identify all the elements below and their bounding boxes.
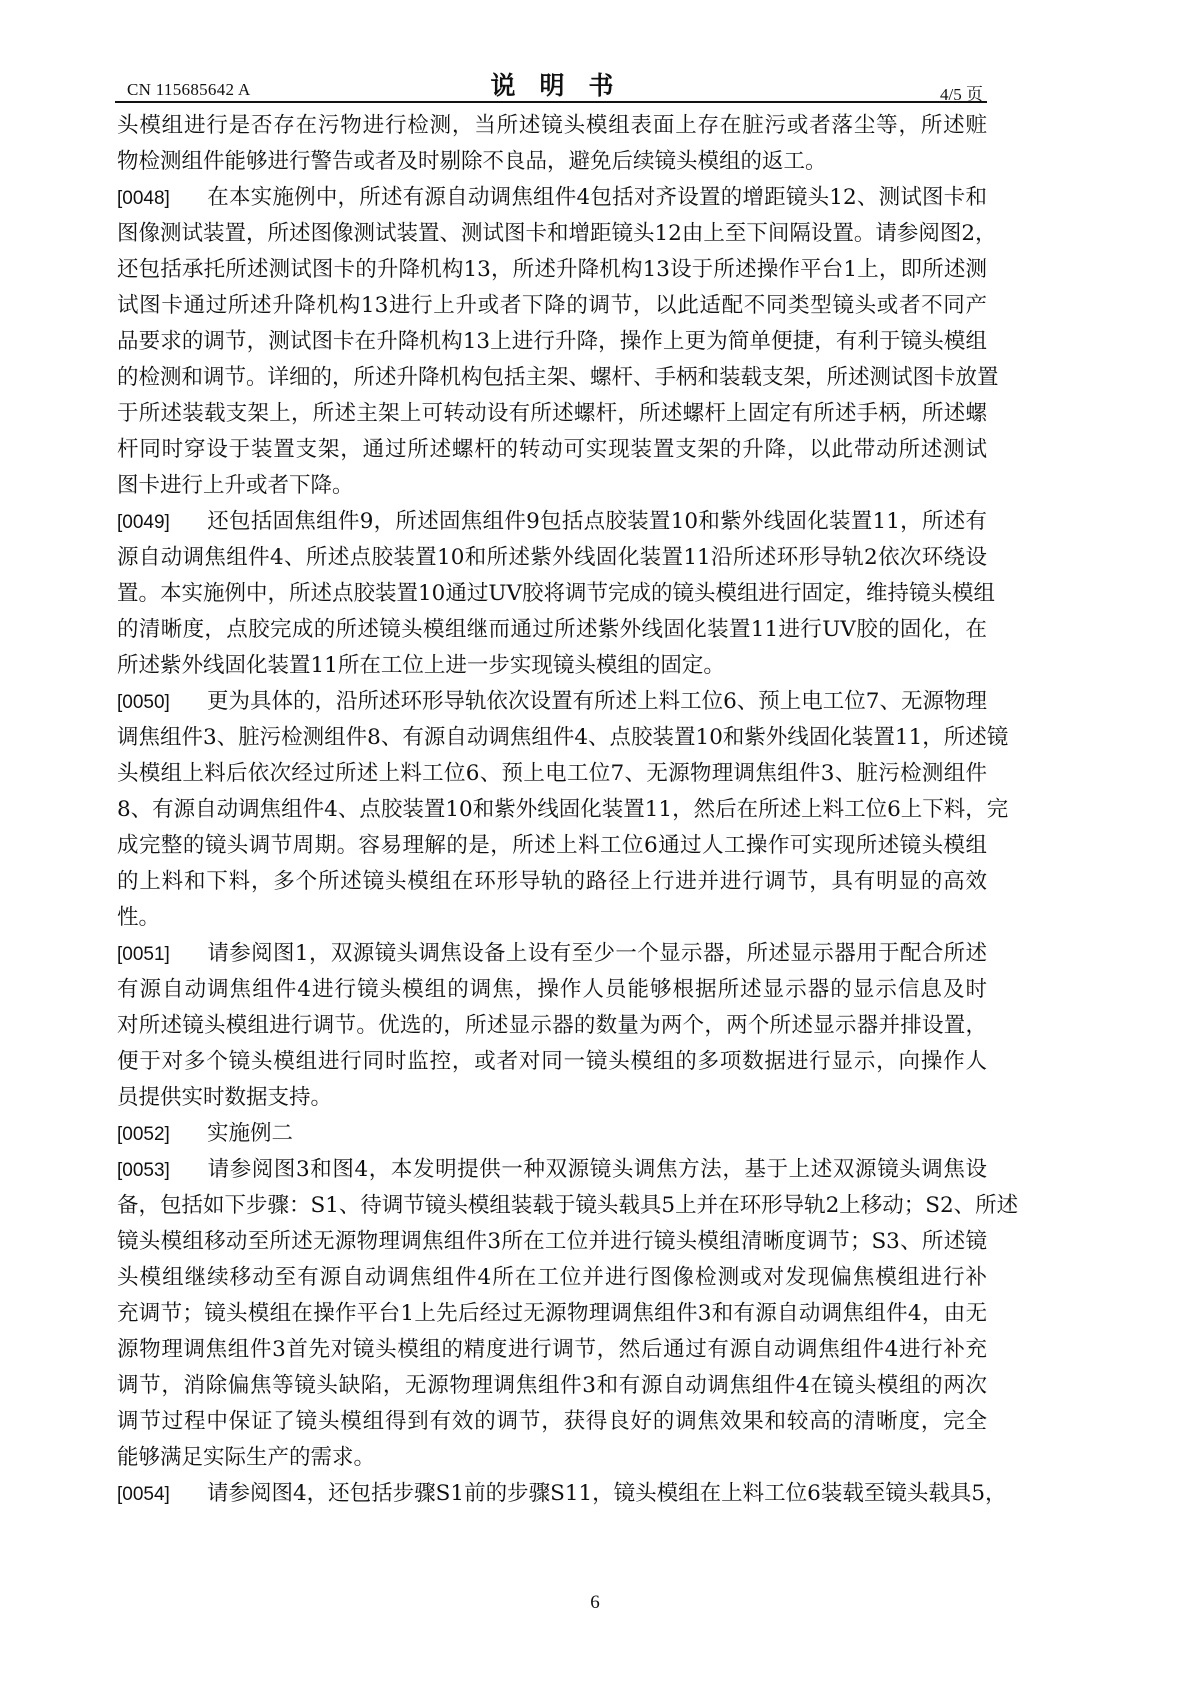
line-text: 请参阅图1，双源镜头调焦设备上设有至少一个显示器，所述显示器用于配合所述 <box>207 941 987 966</box>
line-text: 备，包括如下步骤：S1、待调节镜头模组装载于镜头载具5上并在环形导轨2上移动；S… <box>117 1193 1018 1218</box>
text-line: [0053]请参阅图3和图4，本发明提供一种双源镜头调焦方法，基于上述双源镜头调… <box>117 1152 987 1188</box>
line-text: 还包括固焦组件9，所述固焦组件9包括点胶装置10和紫外线固化装置11，所述有 <box>207 509 987 534</box>
line-text: 有源自动调焦组件4进行镜头模组的调焦，操作人员能够根据所述显示器的显示信息及时 <box>117 977 987 1002</box>
text-line: 的清晰度，点胶完成的所述镜头模组继而通过所述紫外线固化装置11进行UV胶的固化，… <box>117 612 987 648</box>
text-line: 充调节；镜头模组在操作平台1上先后经过无源物理调焦组件3和有源自动调焦组件4，由… <box>117 1296 987 1332</box>
line-text: 试图卡通过所述升降机构13进行上升或者下降的调节，以此适配不同类型镜头或者不同产 <box>117 293 987 318</box>
line-text: 的清晰度，点胶完成的所述镜头模组继而通过所述紫外线固化装置11进行UV胶的固化，… <box>117 617 987 642</box>
text-line: 性。 <box>117 900 987 936</box>
line-text: 便于对多个镜头模组进行同时监控，或者对同一镜头模组的多项数据进行显示，向操作人 <box>117 1049 987 1074</box>
line-text: 调节过程中保证了镜头模组得到有效的调节，获得良好的调焦效果和较高的清晰度，完全 <box>117 1409 987 1434</box>
line-text: 物检测组件能够进行警告或者及时剔除不良品，避免后续镜头模组的返工。 <box>117 149 827 174</box>
text-line: 8、有源自动调焦组件4、点胶装置10和紫外线固化装置11，然后在所述上料工位6上… <box>117 792 987 828</box>
text-line: 头模组继续移动至有源自动调焦组件4所在工位并进行图像检测或对发现偏焦模组进行补 <box>117 1260 987 1296</box>
line-text: 于所述装载支架上，所述主架上可转动设有所述螺杆，所述螺杆上固定有所述手柄，所述螺 <box>117 401 987 426</box>
text-line: 调节，消除偏焦等镜头缺陷，无源物理调焦组件3和有源自动调焦组件4在镜头模组的两次 <box>117 1368 987 1404</box>
page-number: 6 <box>0 1592 1190 1614</box>
paragraph: [0050]更为具体的，沿所述环形导轨依次设置有所述上料工位6、预上电工位7、无… <box>117 684 987 936</box>
line-text: 还包括承托所述测试图卡的升降机构13，所述升降机构13设于所述操作平台1上，即所… <box>117 257 987 282</box>
text-line: [0049]还包括固焦组件9，所述固焦组件9包括点胶装置10和紫外线固化装置11… <box>117 504 987 540</box>
line-text: 头模组上料后依次经过所述上料工位6、预上电工位7、无源物理调焦组件3、脏污检测组… <box>117 761 987 786</box>
line-text: 品要求的调节，测试图卡在升降机构13上进行升降，操作上更为简单便捷，有利于镜头模… <box>117 329 987 354</box>
text-line: [0050]更为具体的，沿所述环形导轨依次设置有所述上料工位6、预上电工位7、无… <box>117 684 987 720</box>
line-text: 在本实施例中，所述有源自动调焦组件4包括对齐设置的增距镜头12、测试图卡和 <box>207 185 987 210</box>
line-text: 请参阅图3和图4，本发明提供一种双源镜头调焦方法，基于上述双源镜头调焦设 <box>207 1157 987 1182</box>
paragraph-number: [0049] <box>117 505 207 541</box>
text-line: [0051]请参阅图1，双源镜头调焦设备上设有至少一个显示器，所述显示器用于配合… <box>117 936 987 972</box>
text-line: 头模组上料后依次经过所述上料工位6、预上电工位7、无源物理调焦组件3、脏污检测组… <box>117 756 987 792</box>
text-line: 对所述镜头模组进行调节。优选的，所述显示器的数量为两个，两个所述显示器并排设置， <box>117 1008 987 1044</box>
paragraph-number: [0050] <box>117 685 207 721</box>
line-text: 调节，消除偏焦等镜头缺陷，无源物理调焦组件3和有源自动调焦组件4在镜头模组的两次 <box>117 1373 987 1398</box>
line-text: 头模组进行是否存在污物进行检测，当所述镜头模组表面上存在脏污或者落尘等，所述赃 <box>117 113 987 138</box>
paragraph-number: [0053] <box>117 1153 207 1189</box>
text-line: 物检测组件能够进行警告或者及时剔除不良品，避免后续镜头模组的返工。 <box>117 144 987 180</box>
text-line: 所述紫外线固化装置11所在工位上进一步实现镜头模组的固定。 <box>117 648 987 684</box>
paragraph: [0052]实施例二 <box>117 1116 987 1152</box>
line-text: 杆同时穿设于装置支架，通过所述螺杆的转动可实现装置支架的升降，以此带动所述测试 <box>117 437 987 462</box>
line-text: 源自动调焦组件4、所述点胶装置10和所述紫外线固化装置11沿所述环形导轨2依次环… <box>117 545 987 570</box>
text-line: 员提供实时数据支持。 <box>117 1080 987 1116</box>
header-rule <box>115 101 987 103</box>
line-text: 8、有源自动调焦组件4、点胶装置10和紫外线固化装置11，然后在所述上料工位6上… <box>117 797 1008 822</box>
text-line: 图卡进行上升或者下降。 <box>117 468 987 504</box>
text-line: [0048]在本实施例中，所述有源自动调焦组件4包括对齐设置的增距镜头12、测试… <box>117 180 987 216</box>
text-line: 能够满足实际生产的需求。 <box>117 1440 987 1476</box>
line-text: 更为具体的，沿所述环形导轨依次设置有所述上料工位6、预上电工位7、无源物理 <box>207 689 987 714</box>
line-text: 图卡进行上升或者下降。 <box>117 473 354 498</box>
line-text: 源物理调焦组件3首先对镜头模组的精度进行调节，然后通过有源自动调焦组件4进行补充 <box>117 1337 987 1362</box>
line-text: 实施例二 <box>207 1121 293 1146</box>
text-line: 还包括承托所述测试图卡的升降机构13，所述升降机构13设于所述操作平台1上，即所… <box>117 252 987 288</box>
text-line: 图像测试装置，所述图像测试装置、测试图卡和增距镜头12由上至下间隔设置。请参阅图… <box>117 216 987 252</box>
paragraph-number: [0048] <box>117 181 207 217</box>
text-line: 调节过程中保证了镜头模组得到有效的调节，获得良好的调焦效果和较高的清晰度，完全 <box>117 1404 987 1440</box>
text-line: 备，包括如下步骤：S1、待调节镜头模组装载于镜头载具5上并在环形导轨2上移动；S… <box>117 1188 987 1224</box>
line-text: 调焦组件3、脏污检测组件8、有源自动调焦组件4、点胶装置10和紫外线固化装置11… <box>117 725 1008 750</box>
paragraph-number: [0054] <box>117 1477 207 1513</box>
text-line: 的检测和调节。详细的，所述升降机构包括主架、螺杆、手柄和装载支架，所述测试图卡放… <box>117 360 987 396</box>
line-text: 成完整的镜头调节周期。容易理解的是，所述上料工位6通过人工操作可实现所述镜头模组 <box>117 833 987 858</box>
text-line: 镜头模组移动至所述无源物理调焦组件3所在工位并进行镜头模组清晰度调节；S3、所述… <box>117 1224 987 1260</box>
text-line: 头模组进行是否存在污物进行检测，当所述镜头模组表面上存在脏污或者落尘等，所述赃 <box>117 108 987 144</box>
page-header: CN 115685642 A 说明书 4/5 页 <box>117 62 987 102</box>
line-text: 头模组继续移动至有源自动调焦组件4所在工位并进行图像检测或对发现偏焦模组进行补 <box>117 1265 987 1290</box>
text-line: 品要求的调节，测试图卡在升降机构13上进行升降，操作上更为简单便捷，有利于镜头模… <box>117 324 987 360</box>
line-text: 对所述镜头模组进行调节。优选的，所述显示器的数量为两个，两个所述显示器并排设置， <box>117 1013 987 1038</box>
paragraph: [0053]请参阅图3和图4，本发明提供一种双源镜头调焦方法，基于上述双源镜头调… <box>117 1152 987 1476</box>
paragraph: 头模组进行是否存在污物进行检测，当所述镜头模组表面上存在脏污或者落尘等，所述赃物… <box>117 108 987 180</box>
text-line: 的上料和下料，多个所述镜头模组在环形导轨的路径上行进并进行调节，具有明显的高效 <box>117 864 987 900</box>
text-line: 杆同时穿设于装置支架，通过所述螺杆的转动可实现装置支架的升降，以此带动所述测试 <box>117 432 987 468</box>
line-text: 置。本实施例中，所述点胶装置10通过UV胶将调节完成的镜头模组进行固定，维持镜头… <box>117 581 995 606</box>
text-line: 置。本实施例中，所述点胶装置10通过UV胶将调节完成的镜头模组进行固定，维持镜头… <box>117 576 987 612</box>
text-line: [0052]实施例二 <box>117 1116 987 1152</box>
paragraph: [0049]还包括固焦组件9，所述固焦组件9包括点胶装置10和紫外线固化装置11… <box>117 504 987 684</box>
document-title: 说明书 <box>117 66 987 102</box>
paragraph: [0051]请参阅图1，双源镜头调焦设备上设有至少一个显示器，所述显示器用于配合… <box>117 936 987 1116</box>
line-text: 请参阅图4，还包括步骤S1前的步骤S11，镜头模组在上料工位6装载至镜头载具5， <box>207 1481 1007 1506</box>
line-text: 的检测和调节。详细的，所述升降机构包括主架、螺杆、手柄和装载支架，所述测试图卡放… <box>117 365 999 390</box>
text-line: [0054]请参阅图4，还包括步骤S1前的步骤S11，镜头模组在上料工位6装载至… <box>117 1476 987 1512</box>
line-text: 能够满足实际生产的需求。 <box>117 1445 375 1470</box>
text-line: 有源自动调焦组件4进行镜头模组的调焦，操作人员能够根据所述显示器的显示信息及时 <box>117 972 987 1008</box>
document-body: 头模组进行是否存在污物进行检测，当所述镜头模组表面上存在脏污或者落尘等，所述赃物… <box>117 108 987 1512</box>
text-line: 成完整的镜头调节周期。容易理解的是，所述上料工位6通过人工操作可实现所述镜头模组 <box>117 828 987 864</box>
text-line: 源自动调焦组件4、所述点胶装置10和所述紫外线固化装置11沿所述环形导轨2依次环… <box>117 540 987 576</box>
text-line: 便于对多个镜头模组进行同时监控，或者对同一镜头模组的多项数据进行显示，向操作人 <box>117 1044 987 1080</box>
line-text: 的上料和下料，多个所述镜头模组在环形导轨的路径上行进并进行调节，具有明显的高效 <box>117 869 987 894</box>
line-text: 性。 <box>117 905 160 930</box>
paragraph-number: [0052] <box>117 1117 207 1153</box>
line-text: 员提供实时数据支持。 <box>117 1085 332 1110</box>
line-text: 充调节；镜头模组在操作平台1上先后经过无源物理调焦组件3和有源自动调焦组件4，由… <box>117 1301 987 1326</box>
text-line: 于所述装载支架上，所述主架上可转动设有所述螺杆，所述螺杆上固定有所述手柄，所述螺 <box>117 396 987 432</box>
line-text: 镜头模组移动至所述无源物理调焦组件3所在工位并进行镜头模组清晰度调节；S3、所述… <box>117 1229 987 1254</box>
paragraph: [0048]在本实施例中，所述有源自动调焦组件4包括对齐设置的增距镜头12、测试… <box>117 180 987 504</box>
line-text: 图像测试装置，所述图像测试装置、测试图卡和增距镜头12由上至下间隔设置。请参阅图… <box>117 221 997 246</box>
line-text: 所述紫外线固化装置11所在工位上进一步实现镜头模组的固定。 <box>117 653 725 678</box>
text-line: 试图卡通过所述升降机构13进行上升或者下降的调节，以此适配不同类型镜头或者不同产 <box>117 288 987 324</box>
paragraph-number: [0051] <box>117 937 207 973</box>
text-line: 调焦组件3、脏污检测组件8、有源自动调焦组件4、点胶装置10和紫外线固化装置11… <box>117 720 987 756</box>
text-line: 源物理调焦组件3首先对镜头模组的精度进行调节，然后通过有源自动调焦组件4进行补充 <box>117 1332 987 1368</box>
paragraph: [0054]请参阅图4，还包括步骤S1前的步骤S11，镜头模组在上料工位6装载至… <box>117 1476 987 1512</box>
